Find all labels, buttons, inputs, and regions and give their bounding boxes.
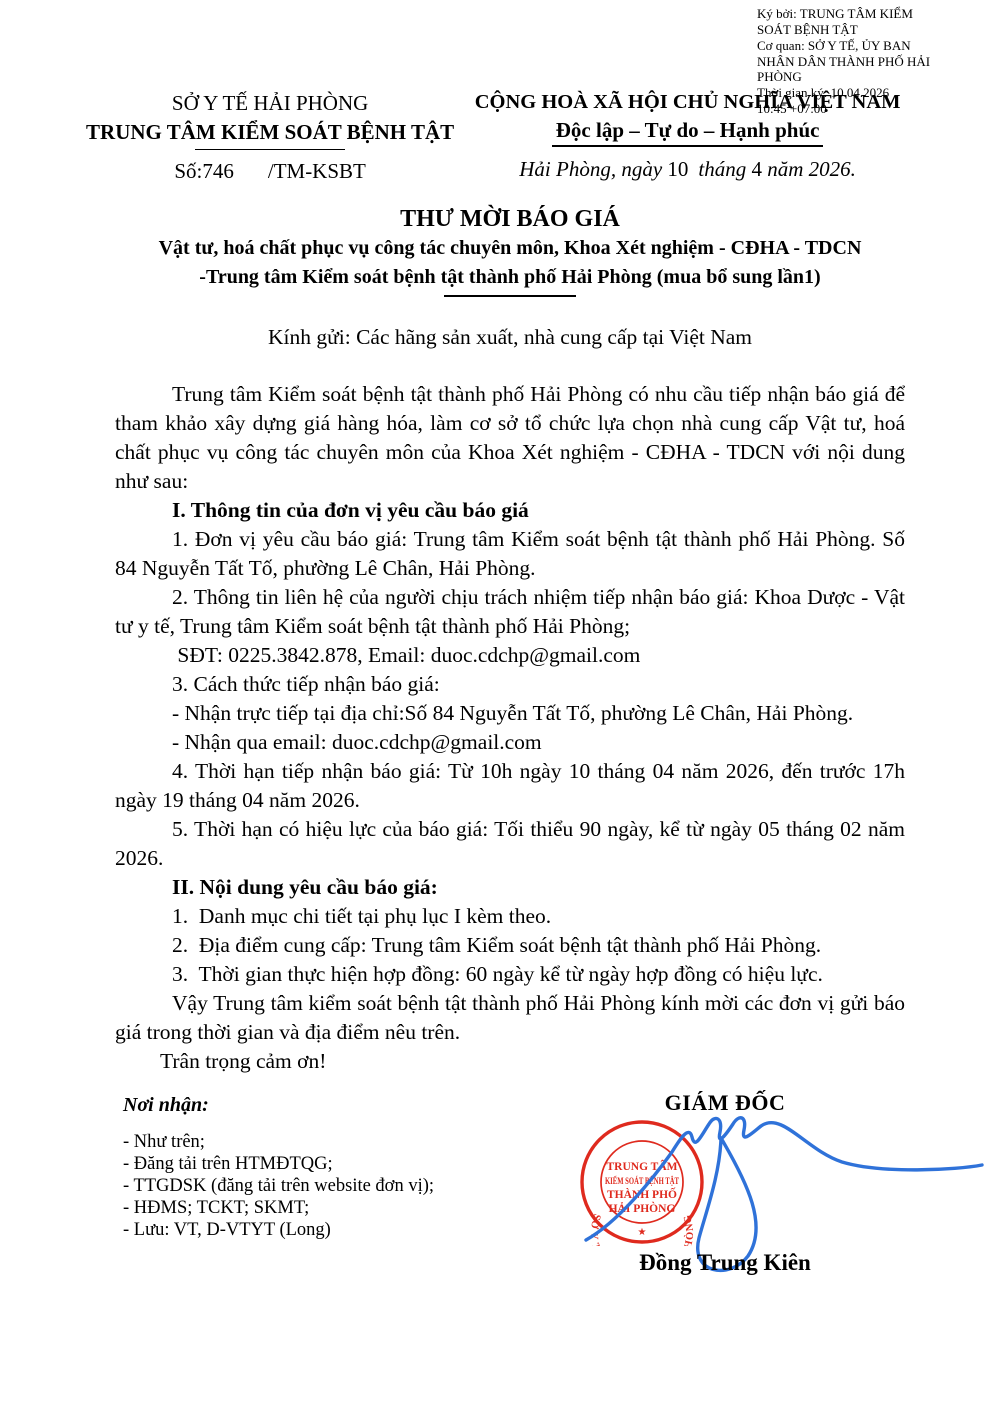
document-body: Trung tâm Kiểm soát bệnh tật thành phố H…: [115, 380, 905, 1076]
document-page: SỞ Y TẾ HẢI PHÒNG TRUNG TÂM KIỂM SOÁT BỆ…: [0, 0, 993, 1404]
section2-heading: II. Nội dung yêu cầu báo giá:: [115, 873, 905, 902]
recipient-item: - HĐMS; TCKT; SKMT;: [123, 1197, 434, 1219]
parent-org-name: SỞ Y TẾ HẢI PHÒNG: [85, 88, 455, 118]
section1-item: 4. Thời hạn tiếp nhận báo giá: Từ 10h ng…: [115, 757, 905, 815]
stamp-center-line2: KIỂM SOÁT BỆNH TẬT: [605, 1174, 679, 1187]
signer-title: GIÁM ĐỐC: [445, 1090, 993, 1116]
section2-item: 1. Danh mục chi tiết tại phụ lục I kèm t…: [115, 902, 905, 931]
date-day: 10: [667, 157, 688, 181]
recipient-item: - Lưu: VT, D-VTYT (Long): [123, 1219, 434, 1241]
document-number-value: Số:746: [174, 159, 234, 183]
cert-line: 10:45 +07:00: [757, 101, 949, 117]
section1-item: SĐT: 0225.3842.878, Email: duoc.cdchp@gm…: [115, 641, 905, 670]
document-footer: Nơi nhận: - Như trên; - Đăng tải trên HT…: [115, 1084, 905, 1402]
document-subtitle-1: Vật tư, hoá chất phục vụ công tác chuyên…: [115, 234, 905, 263]
recipients-list: - Như trên; - Đăng tải trên HTMĐTQG; - T…: [123, 1131, 434, 1241]
title-underline: [444, 295, 576, 297]
cert-line: NHÂN DÂN THÀNH PHỐ HẢI: [757, 54, 949, 70]
section2-item: 2. Địa điểm cung cấp: Trung tâm Kiểm soá…: [115, 931, 905, 960]
stamp-star-icon: ★: [638, 1227, 647, 1238]
stamp-center-line1: TRUNG TÂM: [606, 1159, 677, 1173]
document-title: THƯ MỜI BÁO GIÁ: [115, 204, 905, 234]
date-place: Hải Phòng, ngày: [519, 157, 662, 181]
cert-line: Ký bởi: TRUNG TÂM KIỂM: [757, 6, 949, 22]
salutation: Kính gửi: Các hãng sản xuất, nhà cung cấ…: [115, 323, 905, 352]
title-block: THƯ MỜI BÁO GIÁ Vật tư, hoá chất phục vụ…: [115, 204, 905, 297]
closing-paragraph: Vậy Trung tâm kiểm soát bệnh tật thành p…: [115, 989, 905, 1047]
section1-item: 1. Đơn vị yêu cầu báo giá: Trung tâm Kiể…: [115, 525, 905, 583]
national-motto: Độc lập – Tự do – Hạnh phúc: [552, 118, 824, 147]
date-year: năm 2026.: [767, 157, 856, 181]
recipients-block: Nơi nhận: - Như trên; - Đăng tải trên HT…: [123, 1094, 434, 1241]
cert-line: PHÒNG: [757, 69, 949, 85]
place-date-line: Hải Phòng, ngày 10tháng 4 năm 2026.: [470, 157, 905, 182]
recipient-item: - TTGDSK (đăng tải trên website đơn vị);: [123, 1175, 434, 1197]
document-number: Số:746/TM-KSBT: [85, 159, 455, 184]
stamp-center-line3: THÀNH PHỐ: [607, 1186, 677, 1201]
recipients-heading: Nơi nhận:: [123, 1094, 434, 1117]
stamp-center-line4: HẢI PHÒNG: [609, 1201, 676, 1215]
org-name: TRUNG TÂM KIỂM SOÁT BỆNH TẬT: [85, 118, 455, 146]
org-name-underline: [195, 149, 345, 150]
recipient-item: - Đăng tải trên HTMĐTQG;: [123, 1153, 434, 1175]
intro-paragraph: Trung tâm Kiểm soát bệnh tật thành phố H…: [115, 380, 905, 496]
section1-item: 3. Cách thức tiếp nhận báo giá:: [115, 670, 905, 699]
cert-line: Cơ quan: SỞ Y TẾ, ỦY BAN: [757, 38, 949, 54]
section1-item: 5. Thời hạn có hiệu lực của báo giá: Tối…: [115, 815, 905, 873]
section1-heading: I. Thông tin của đơn vị yêu cầu báo giá: [115, 496, 905, 525]
cert-line: Thời gian ký: 10.04.2026: [757, 85, 949, 101]
document-symbol: /TM-KSBT: [268, 159, 366, 183]
section1-item: 2. Thông tin liên hệ của người chịu trác…: [115, 583, 905, 641]
official-stamp: SỞ Y TẾ THÀNH PHỐ HẢI PHÒNG TRUNG TÂM KI…: [578, 1118, 706, 1246]
issuing-org-block: SỞ Y TẾ HẢI PHÒNG TRUNG TÂM KIỂM SOÁT BỆ…: [85, 88, 455, 184]
recipient-item: - Như trên;: [123, 1131, 434, 1153]
section1-item: - Nhận qua email: duoc.cdchp@gmail.com: [115, 728, 905, 757]
cert-line: SOÁT BỆNH TẬT: [757, 22, 949, 38]
signer-name: Đồng Trung Kiên: [445, 1250, 993, 1276]
section1-item: - Nhận trực tiếp tại địa chỉ:Số 84 Nguyễ…: [115, 699, 905, 728]
date-month: 4: [752, 157, 763, 181]
digital-signature-info: Ký bởi: TRUNG TÂM KIỂM SOÁT BỆNH TẬT Cơ …: [757, 6, 949, 117]
thanks-line: Trân trọng cảm ơn!: [115, 1047, 905, 1076]
date-month-word: tháng: [698, 157, 746, 181]
section2-item: 3. Thời gian thực hiện hợp đồng: 60 ngày…: [115, 960, 905, 989]
document-subtitle-2: -Trung tâm Kiểm soát bệnh tật thành phố …: [115, 263, 905, 292]
